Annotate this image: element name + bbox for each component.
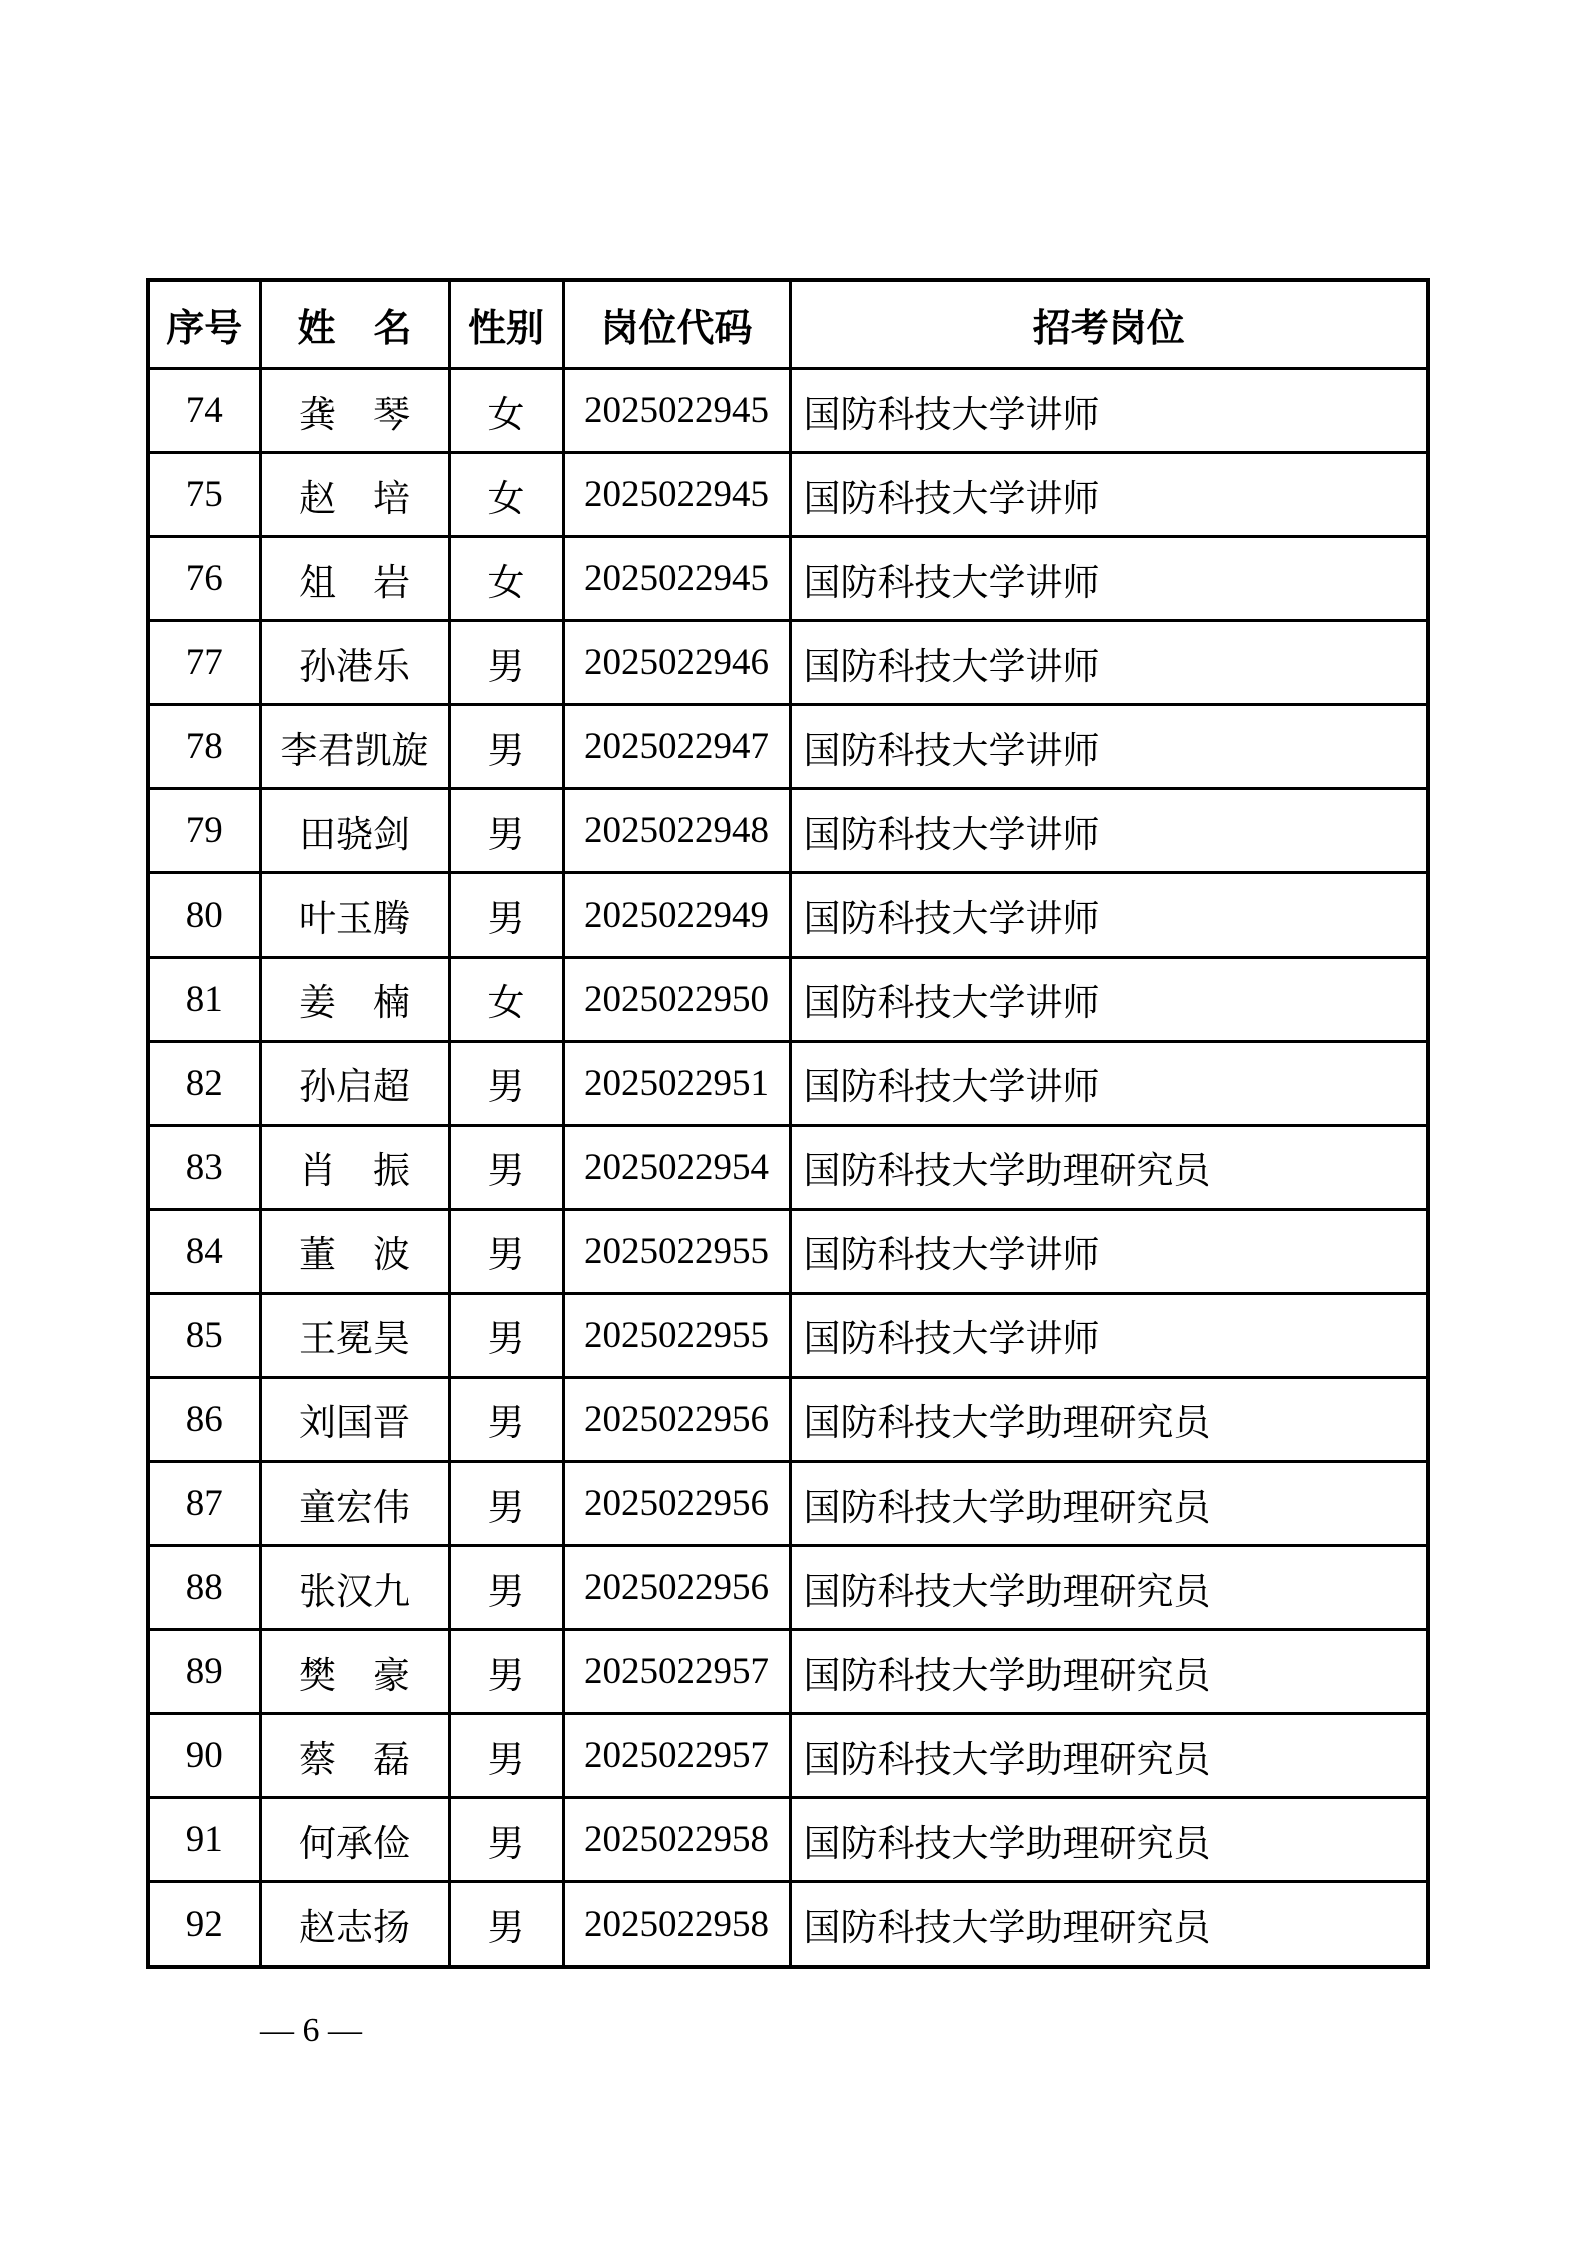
table-header-row: 序号姓 名性别岗位代码招考岗位 — [148, 280, 1428, 369]
gender-cell: 男 — [449, 1462, 563, 1546]
name-cell: 赵志扬 — [260, 1882, 449, 1967]
gender-cell: 女 — [449, 453, 563, 537]
no-cell: 86 — [148, 1377, 260, 1461]
table-row: 79田骁剑男2025022948国防科技大学讲师 — [148, 789, 1428, 873]
position-cell: 国防科技大学助理研究员 — [790, 1630, 1428, 1714]
name-cell: 董 波 — [260, 1209, 449, 1293]
gender-cell: 男 — [449, 1293, 563, 1377]
table-row: 82孙启超男2025022951国防科技大学讲师 — [148, 1041, 1428, 1125]
gender-cell: 男 — [449, 1546, 563, 1630]
column-header-code: 岗位代码 — [563, 280, 790, 369]
gender-cell: 男 — [449, 1209, 563, 1293]
recruitment-roster-table: 序号姓 名性别岗位代码招考岗位 74龚 琴女2025022945国防科技大学讲师… — [146, 278, 1430, 1969]
name-cell: 俎 岩 — [260, 537, 449, 621]
code-cell: 2025022949 — [563, 873, 790, 957]
table-header: 序号姓 名性别岗位代码招考岗位 — [148, 280, 1428, 369]
code-cell: 2025022946 — [563, 621, 790, 705]
name-cell: 王冕昊 — [260, 1293, 449, 1377]
name-cell: 孙启超 — [260, 1041, 449, 1125]
code-cell: 2025022958 — [563, 1798, 790, 1882]
no-cell: 88 — [148, 1546, 260, 1630]
table-row: 90蔡 磊男2025022957国防科技大学助理研究员 — [148, 1714, 1428, 1798]
table-row: 78李君凯旋男2025022947国防科技大学讲师 — [148, 705, 1428, 789]
code-cell: 2025022958 — [563, 1882, 790, 1967]
no-cell: 78 — [148, 705, 260, 789]
gender-cell: 女 — [449, 537, 563, 621]
position-cell: 国防科技大学助理研究员 — [790, 1546, 1428, 1630]
no-cell: 90 — [148, 1714, 260, 1798]
no-cell: 84 — [148, 1209, 260, 1293]
table-row: 92赵志扬男2025022958国防科技大学助理研究员 — [148, 1882, 1428, 1967]
code-cell: 2025022955 — [563, 1293, 790, 1377]
code-cell: 2025022950 — [563, 957, 790, 1041]
no-cell: 81 — [148, 957, 260, 1041]
column-header-no: 序号 — [148, 280, 260, 369]
no-cell: 85 — [148, 1293, 260, 1377]
gender-cell: 男 — [449, 705, 563, 789]
document-page: 序号姓 名性别岗位代码招考岗位 74龚 琴女2025022945国防科技大学讲师… — [0, 0, 1587, 2245]
name-cell: 童宏伟 — [260, 1462, 449, 1546]
table-row: 75赵 培女2025022945国防科技大学讲师 — [148, 453, 1428, 537]
table-row: 76俎 岩女2025022945国防科技大学讲师 — [148, 537, 1428, 621]
code-cell: 2025022948 — [563, 789, 790, 873]
position-cell: 国防科技大学讲师 — [790, 369, 1428, 453]
gender-cell: 男 — [449, 1798, 563, 1882]
position-cell: 国防科技大学助理研究员 — [790, 1714, 1428, 1798]
name-cell: 田骁剑 — [260, 789, 449, 873]
position-cell: 国防科技大学讲师 — [790, 789, 1428, 873]
name-cell: 蔡 磊 — [260, 1714, 449, 1798]
no-cell: 82 — [148, 1041, 260, 1125]
gender-cell: 男 — [449, 1714, 563, 1798]
table-row: 83肖 振男2025022954国防科技大学助理研究员 — [148, 1125, 1428, 1209]
table-row: 87童宏伟男2025022956国防科技大学助理研究员 — [148, 1462, 1428, 1546]
table-body: 74龚 琴女2025022945国防科技大学讲师75赵 培女2025022945… — [148, 369, 1428, 1968]
name-cell: 赵 培 — [260, 453, 449, 537]
no-cell: 76 — [148, 537, 260, 621]
no-cell: 87 — [148, 1462, 260, 1546]
table-row: 89樊 豪男2025022957国防科技大学助理研究员 — [148, 1630, 1428, 1714]
table-row: 77孙港乐男2025022946国防科技大学讲师 — [148, 621, 1428, 705]
name-cell: 张汉九 — [260, 1546, 449, 1630]
position-cell: 国防科技大学助理研究员 — [790, 1125, 1428, 1209]
no-cell: 92 — [148, 1882, 260, 1967]
no-cell: 91 — [148, 1798, 260, 1882]
position-cell: 国防科技大学讲师 — [790, 705, 1428, 789]
name-cell: 肖 振 — [260, 1125, 449, 1209]
code-cell: 2025022951 — [563, 1041, 790, 1125]
position-cell: 国防科技大学讲师 — [790, 537, 1428, 621]
name-cell: 叶玉腾 — [260, 873, 449, 957]
name-cell: 樊 豪 — [260, 1630, 449, 1714]
position-cell: 国防科技大学讲师 — [790, 1209, 1428, 1293]
no-cell: 77 — [148, 621, 260, 705]
position-cell: 国防科技大学助理研究员 — [790, 1882, 1428, 1967]
column-header-gender: 性别 — [449, 280, 563, 369]
no-cell: 80 — [148, 873, 260, 957]
code-cell: 2025022955 — [563, 1209, 790, 1293]
gender-cell: 男 — [449, 1882, 563, 1967]
position-cell: 国防科技大学讲师 — [790, 453, 1428, 537]
no-cell: 74 — [148, 369, 260, 453]
position-cell: 国防科技大学助理研究员 — [790, 1377, 1428, 1461]
code-cell: 2025022945 — [563, 369, 790, 453]
no-cell: 83 — [148, 1125, 260, 1209]
gender-cell: 男 — [449, 1041, 563, 1125]
code-cell: 2025022956 — [563, 1546, 790, 1630]
gender-cell: 女 — [449, 957, 563, 1041]
code-cell: 2025022945 — [563, 537, 790, 621]
position-cell: 国防科技大学讲师 — [790, 1293, 1428, 1377]
code-cell: 2025022957 — [563, 1630, 790, 1714]
position-cell: 国防科技大学讲师 — [790, 957, 1428, 1041]
position-cell: 国防科技大学讲师 — [790, 873, 1428, 957]
name-cell: 李君凯旋 — [260, 705, 449, 789]
name-cell: 刘国晋 — [260, 1377, 449, 1461]
gender-cell: 男 — [449, 873, 563, 957]
position-cell: 国防科技大学讲师 — [790, 1041, 1428, 1125]
code-cell: 2025022956 — [563, 1377, 790, 1461]
table-row: 85王冕昊男2025022955国防科技大学讲师 — [148, 1293, 1428, 1377]
gender-cell: 男 — [449, 1377, 563, 1461]
gender-cell: 女 — [449, 369, 563, 453]
gender-cell: 男 — [449, 789, 563, 873]
column-header-position: 招考岗位 — [790, 280, 1428, 369]
table-row: 80叶玉腾男2025022949国防科技大学讲师 — [148, 873, 1428, 957]
table-row: 84董 波男2025022955国防科技大学讲师 — [148, 1209, 1428, 1293]
table-row: 86刘国晋男2025022956国防科技大学助理研究员 — [148, 1377, 1428, 1461]
position-cell: 国防科技大学助理研究员 — [790, 1798, 1428, 1882]
no-cell: 79 — [148, 789, 260, 873]
code-cell: 2025022956 — [563, 1462, 790, 1546]
code-cell: 2025022945 — [563, 453, 790, 537]
page-number: — 6 — — [226, 2012, 396, 2050]
code-cell: 2025022954 — [563, 1125, 790, 1209]
position-cell: 国防科技大学助理研究员 — [790, 1462, 1428, 1546]
code-cell: 2025022957 — [563, 1714, 790, 1798]
name-cell: 孙港乐 — [260, 621, 449, 705]
position-cell: 国防科技大学讲师 — [790, 621, 1428, 705]
code-cell: 2025022947 — [563, 705, 790, 789]
gender-cell: 男 — [449, 1630, 563, 1714]
no-cell: 75 — [148, 453, 260, 537]
column-header-name: 姓 名 — [260, 280, 449, 369]
table-row: 74龚 琴女2025022945国防科技大学讲师 — [148, 369, 1428, 453]
name-cell: 何承俭 — [260, 1798, 449, 1882]
table-row: 88张汉九男2025022956国防科技大学助理研究员 — [148, 1546, 1428, 1630]
name-cell: 龚 琴 — [260, 369, 449, 453]
table-row: 91何承俭男2025022958国防科技大学助理研究员 — [148, 1798, 1428, 1882]
gender-cell: 男 — [449, 1125, 563, 1209]
table-row: 81姜 楠女2025022950国防科技大学讲师 — [148, 957, 1428, 1041]
no-cell: 89 — [148, 1630, 260, 1714]
name-cell: 姜 楠 — [260, 957, 449, 1041]
gender-cell: 男 — [449, 621, 563, 705]
